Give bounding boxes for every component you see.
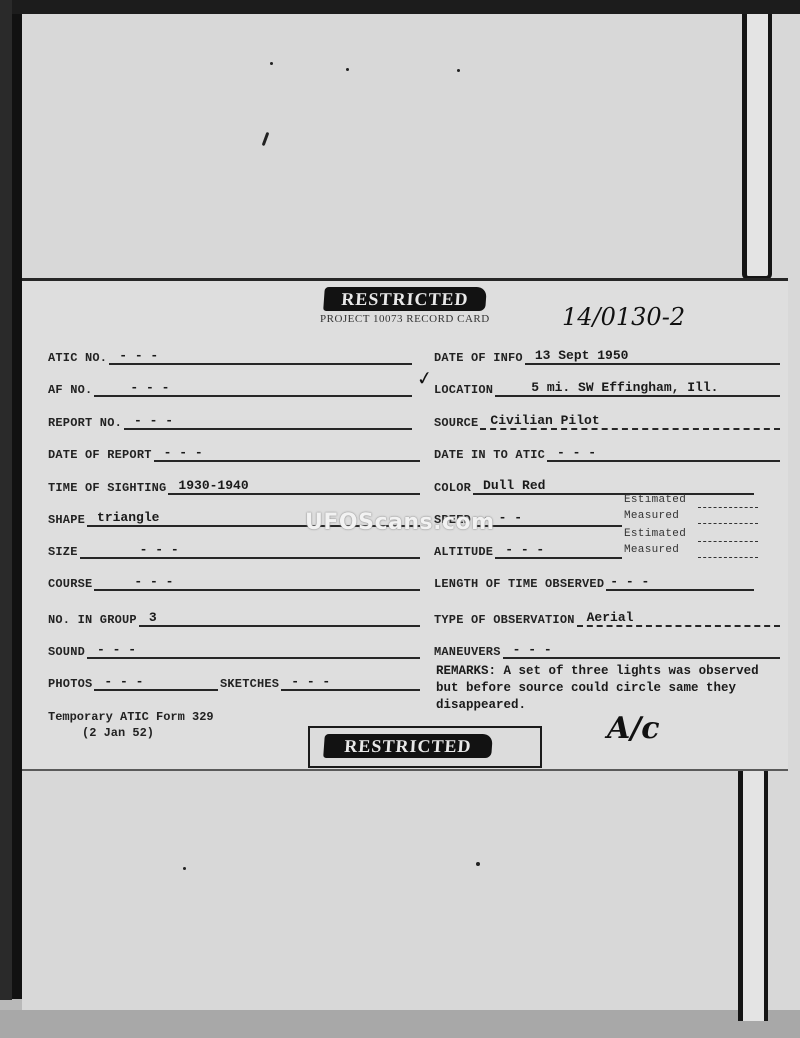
field-course: COURSE - - -	[48, 573, 420, 591]
ink-speck	[183, 867, 186, 870]
field-value: - - -	[281, 675, 420, 691]
field-label: TIME OF SIGHTING	[48, 481, 166, 495]
field-value: 13 Sept 1950	[525, 349, 780, 365]
scan-left-shadow	[12, 14, 22, 999]
remarks-block: REMARKS: A set of three lights was obser…	[436, 663, 776, 714]
field-label: SOUND	[48, 645, 85, 659]
footer-stamp-box: RESTRICTED	[308, 726, 542, 768]
field-altitude: ALTITUDE - - -	[434, 541, 622, 559]
field-label: ATIC NO.	[48, 351, 107, 365]
field-no-in-group: NO. IN GROUP 3	[48, 609, 420, 627]
field-label: TYPE OF OBSERVATION	[434, 613, 575, 627]
field-time-of-sighting: TIME OF SIGHTING 1930-1940	[48, 477, 420, 495]
speed-measured-label: Measured	[624, 510, 679, 522]
field-value: - - -	[94, 575, 420, 591]
field-label: COLOR	[434, 481, 471, 495]
ink-speck	[457, 69, 460, 72]
field-label: LENGTH OF TIME OBSERVED	[434, 577, 604, 591]
field-value: - - -	[503, 643, 780, 659]
field-value: - - -	[606, 575, 754, 591]
field-maneuvers: MANEUVERS - - -	[434, 641, 780, 659]
field-date-of-info: DATE OF INFO 13 Sept 1950	[434, 347, 780, 365]
ink-speck	[262, 132, 270, 146]
field-sketches: SKETCHES - - -	[220, 673, 420, 691]
field-value: - - -	[495, 543, 622, 559]
field-label: MANEUVERS	[434, 645, 501, 659]
field-value: - - -	[109, 349, 412, 365]
form-identifier: Temporary ATIC Form 329 (2 Jan 52)	[48, 709, 214, 741]
field-date-in-to-atic: DATE IN TO ATIC - - -	[434, 444, 780, 462]
field-value: - - -	[547, 446, 780, 462]
field-label: AF NO.	[48, 383, 92, 397]
field-label: DATE OF REPORT	[48, 448, 152, 462]
field-value: 1930-1940	[168, 479, 420, 495]
scan-bottom-border	[0, 1010, 800, 1038]
speed-measured-line	[698, 522, 758, 524]
speed-estimated-label: Estimated	[624, 494, 686, 506]
field-size: SIZE - - -	[48, 541, 420, 559]
field-value: - - -	[154, 446, 420, 462]
field-value: - - -	[473, 511, 622, 527]
speed-estimated-line	[698, 506, 758, 508]
field-length-of-time-observed: LENGTH OF TIME OBSERVED - - -	[434, 573, 754, 591]
field-label: NO. IN GROUP	[48, 613, 137, 627]
field-label: ALTITUDE	[434, 545, 493, 559]
field-value: - - -	[94, 381, 412, 397]
field-photos: PHOTOS - - -	[48, 673, 218, 691]
altitude-measured-label: Measured	[624, 544, 679, 556]
field-type-of-observation: TYPE OF OBSERVATION Aerial	[434, 609, 780, 627]
handwritten-initials: A/c	[607, 711, 660, 746]
form-date: (2 Jan 52)	[48, 725, 214, 741]
field-report-no: REPORT NO. - - -	[48, 412, 412, 430]
checkmark-icon: ✓	[416, 365, 433, 393]
form-name: Temporary ATIC Form 329	[48, 709, 214, 725]
field-location: LOCATION 5 mi. SW Effingham, Ill.	[434, 379, 780, 397]
field-label: REPORT NO.	[48, 416, 122, 430]
field-label: PHOTOS	[48, 677, 92, 691]
field-value: - - -	[80, 543, 420, 559]
field-label: SIZE	[48, 545, 78, 559]
scan-left-border	[0, 0, 12, 1000]
binder-post-bottom	[738, 766, 768, 1021]
project-record-label: PROJECT 10073 RECORD CARD	[320, 313, 490, 325]
field-af-no: AF NO. - - -	[48, 379, 412, 397]
field-source: SOURCE Civilian Pilot	[434, 412, 780, 430]
field-label: SKETCHES	[220, 677, 279, 691]
field-label: COURSE	[48, 577, 92, 591]
field-label: DATE IN TO ATIC	[434, 448, 545, 462]
field-value: Dull Red	[473, 479, 754, 495]
field-label: SHAPE	[48, 513, 85, 527]
restricted-stamp-bottom: RESTRICTED	[323, 734, 493, 758]
field-label: DATE OF INFO	[434, 351, 523, 365]
field-value: - - -	[124, 414, 412, 430]
watermark: UFOScans.com	[305, 510, 495, 535]
field-value: 3	[139, 611, 420, 627]
field-value: Aerial	[577, 611, 780, 627]
field-sound: SOUND - - -	[48, 641, 420, 659]
altitude-estimated-line	[698, 540, 758, 542]
field-value: - - -	[94, 675, 218, 691]
restricted-stamp-top: RESTRICTED	[323, 287, 487, 311]
field-date-of-report: DATE OF REPORT - - -	[48, 444, 420, 462]
remarks-label: REMARKS:	[436, 664, 496, 678]
altitude-estimated-label: Estimated	[624, 528, 686, 540]
altitude-measured-line	[698, 556, 758, 558]
field-value: Civilian Pilot	[480, 414, 780, 430]
field-label: LOCATION	[434, 383, 493, 397]
binder-post-top	[742, 14, 772, 280]
field-label: SOURCE	[434, 416, 478, 430]
field-atic-no: ATIC NO. - - -	[48, 347, 412, 365]
ink-speck	[346, 68, 349, 71]
field-color: COLOR Dull Red	[434, 477, 754, 495]
ink-speck	[476, 862, 480, 866]
ink-speck	[270, 62, 273, 65]
field-value: - - -	[87, 643, 420, 659]
handwritten-case-number: 14/0130-2	[562, 303, 685, 331]
field-value: 5 mi. SW Effingham, Ill.	[495, 381, 780, 397]
